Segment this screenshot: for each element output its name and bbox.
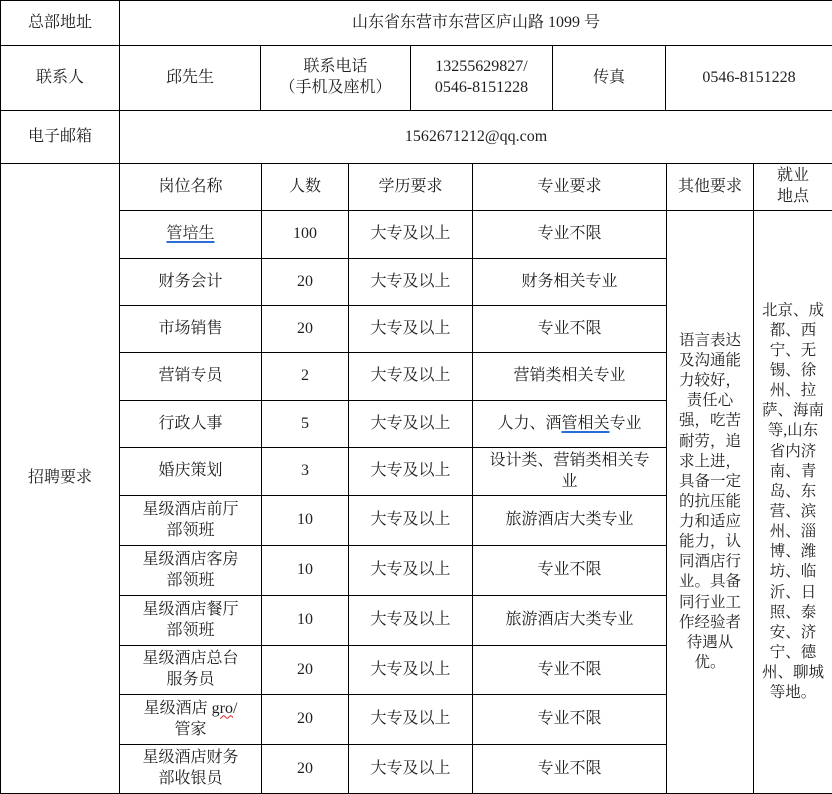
position-cell: 星级酒店餐厅 部领班	[120, 596, 262, 646]
education-cell: 大专及以上	[349, 496, 473, 546]
section-label: 招聘要求	[1, 164, 120, 794]
position-cell: 市场销售	[120, 306, 262, 353]
count-cell: 2	[262, 353, 349, 401]
fax-value: 0546-8151228	[666, 46, 832, 111]
count-cell: 100	[262, 211, 349, 259]
email-row: 电子邮箱 1562671212@qq.com	[1, 111, 832, 164]
position-cell: 星级酒店前厅 部领班	[120, 496, 262, 546]
position-cell: 行政人事	[120, 401, 262, 448]
count-cell: 10	[262, 546, 349, 596]
position-cell: 星级酒店总台 服务员	[120, 646, 262, 695]
position-cell: 星级酒店财务 部收银员	[120, 745, 262, 794]
position-cell: 星级酒店 gro/ 管家	[120, 695, 262, 745]
hq-address-row: 总部地址 山东省东营市东营区庐山路 1099 号	[1, 1, 832, 46]
count-cell: 10	[262, 496, 349, 546]
position-cell: 财务会计	[120, 259, 262, 306]
position-cell: 管培生	[120, 211, 262, 259]
count-cell: 5	[262, 401, 349, 448]
education-cell: 大专及以上	[349, 546, 473, 596]
company-info-table: 总部地址 山东省东营市东营区庐山路 1099 号 联系人 邱先生 联系电话 （手…	[0, 0, 832, 164]
count-cell: 20	[262, 745, 349, 794]
major-cell: 旅游酒店大类专业	[473, 496, 667, 546]
education-cell: 大专及以上	[349, 596, 473, 646]
major-cell: 专业不限	[473, 546, 667, 596]
phone-value: 13255629827/ 0546-8151228	[411, 46, 553, 111]
email-label: 电子邮箱	[1, 111, 120, 164]
work-locations-cell: 北京、成 都、西 宁、无 锡、徐 州、拉 萨、海南 等,山东 省内济 南、青 岛…	[754, 211, 832, 794]
gro-spellcheck-text: gro	[212, 700, 233, 717]
header-location: 就业 地点	[754, 164, 832, 211]
education-cell: 大专及以上	[349, 448, 473, 496]
education-cell: 大专及以上	[349, 695, 473, 745]
hotel-management-link[interactable]: 管相关	[561, 415, 609, 432]
phone-label: 联系电话 （手机及座机）	[261, 46, 411, 111]
count-cell: 20	[262, 646, 349, 695]
header-count: 人数	[262, 164, 349, 211]
header-major: 专业要求	[473, 164, 667, 211]
position-cell: 营销专员	[120, 353, 262, 401]
position-cell: 婚庆策划	[120, 448, 262, 496]
header-other: 其他要求	[667, 164, 754, 211]
major-cell: 专业不限	[473, 306, 667, 353]
major-cell: 设计类、营销类相关专 业	[473, 448, 667, 496]
other-requirements-cell: 语言表达 及沟通能 力较好， 责任心 强，吃苦 耐劳，追 求上进， 具备一定 的…	[667, 211, 754, 794]
email-value: 1562671212@qq.com	[120, 111, 832, 164]
education-cell: 大专及以上	[349, 745, 473, 794]
contact-value: 邱先生	[120, 46, 261, 111]
education-cell: 大专及以上	[349, 353, 473, 401]
major-cell: 营销类相关专业	[473, 353, 667, 401]
major-cell: 专业不限	[473, 646, 667, 695]
hq-address-value: 山东省东营市东营区庐山路 1099 号	[120, 1, 832, 46]
count-cell: 20	[262, 695, 349, 745]
education-cell: 大专及以上	[349, 646, 473, 695]
major-cell: 专业不限	[473, 745, 667, 794]
hq-address-label: 总部地址	[1, 1, 120, 46]
education-cell: 大专及以上	[349, 306, 473, 353]
count-cell: 20	[262, 259, 349, 306]
header-row: 招聘要求 岗位名称 人数 学历要求 专业要求 其他要求 就业 地点	[1, 164, 832, 211]
table-row: 管培生 100 大专及以上 专业不限 语言表达 及沟通能 力较好， 责任心 强，…	[1, 211, 832, 259]
major-cell: 财务相关专业	[473, 259, 667, 306]
position-cell: 星级酒店客房 部领班	[120, 546, 262, 596]
major-cell: 专业不限	[473, 695, 667, 745]
count-cell: 10	[262, 596, 349, 646]
header-position: 岗位名称	[120, 164, 262, 211]
education-cell: 大专及以上	[349, 211, 473, 259]
recruitment-positions-table: 招聘要求 岗位名称 人数 学历要求 专业要求 其他要求 就业 地点 管培生 10…	[0, 163, 832, 794]
major-cell: 旅游酒店大类专业	[473, 596, 667, 646]
education-cell: 大专及以上	[349, 401, 473, 448]
recruitment-info-table: 总部地址 山东省东营市东营区庐山路 1099 号 联系人 邱先生 联系电话 （手…	[0, 0, 832, 794]
major-cell: 专业不限	[473, 211, 667, 259]
count-cell: 20	[262, 306, 349, 353]
major-cell: 人力、酒管相关专业	[473, 401, 667, 448]
fax-label: 传真	[553, 46, 666, 111]
education-cell: 大专及以上	[349, 259, 473, 306]
header-education: 学历要求	[349, 164, 473, 211]
contact-row: 联系人 邱先生 联系电话 （手机及座机） 13255629827/ 0546-8…	[1, 46, 832, 111]
count-cell: 3	[262, 448, 349, 496]
contact-label: 联系人	[1, 46, 120, 111]
trainee-position-link[interactable]: 管培生	[166, 225, 214, 242]
